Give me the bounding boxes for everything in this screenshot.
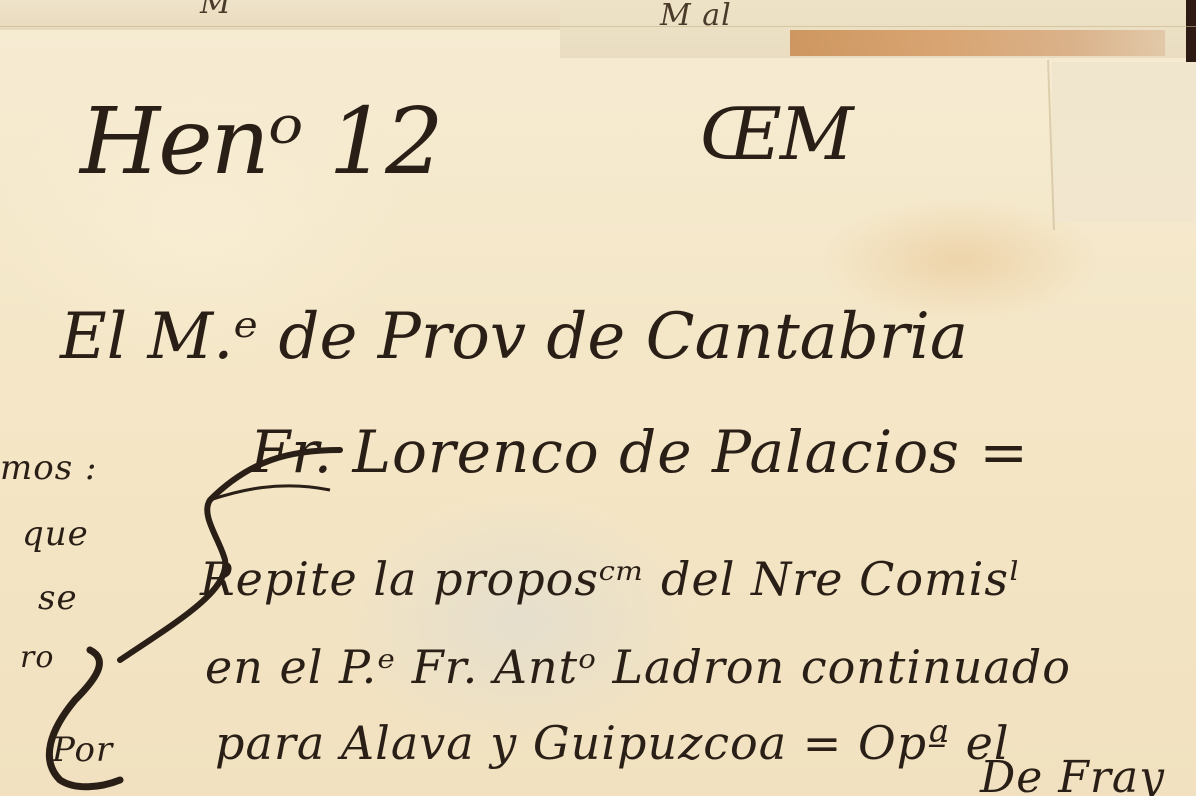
manuscript-scan: M M al Henᵒ 12 ŒM El M.ᵉ de Prov de Cant… (0, 0, 1196, 796)
body-line-6: De Fray (980, 752, 1165, 796)
body-line-1: El M.ᵉ de Prov de Cantabria (60, 300, 968, 374)
margin-note-3: se (38, 578, 78, 618)
margin-flourish (20, 640, 130, 796)
header-right-annotation: ŒM (700, 92, 852, 176)
margin-note-2: que (22, 514, 89, 554)
body-line-2: Fr. Lorenco de Palacios = (250, 418, 1029, 486)
under-sheet-fragment-1: M (200, 0, 232, 21)
header-left-annotation: Henᵒ 12 (80, 88, 442, 195)
folded-flap (1052, 62, 1196, 222)
margin-note-1: mos : (0, 448, 97, 488)
body-line-5: para Alava y Guipuzcoa = Opª el (215, 716, 1010, 770)
